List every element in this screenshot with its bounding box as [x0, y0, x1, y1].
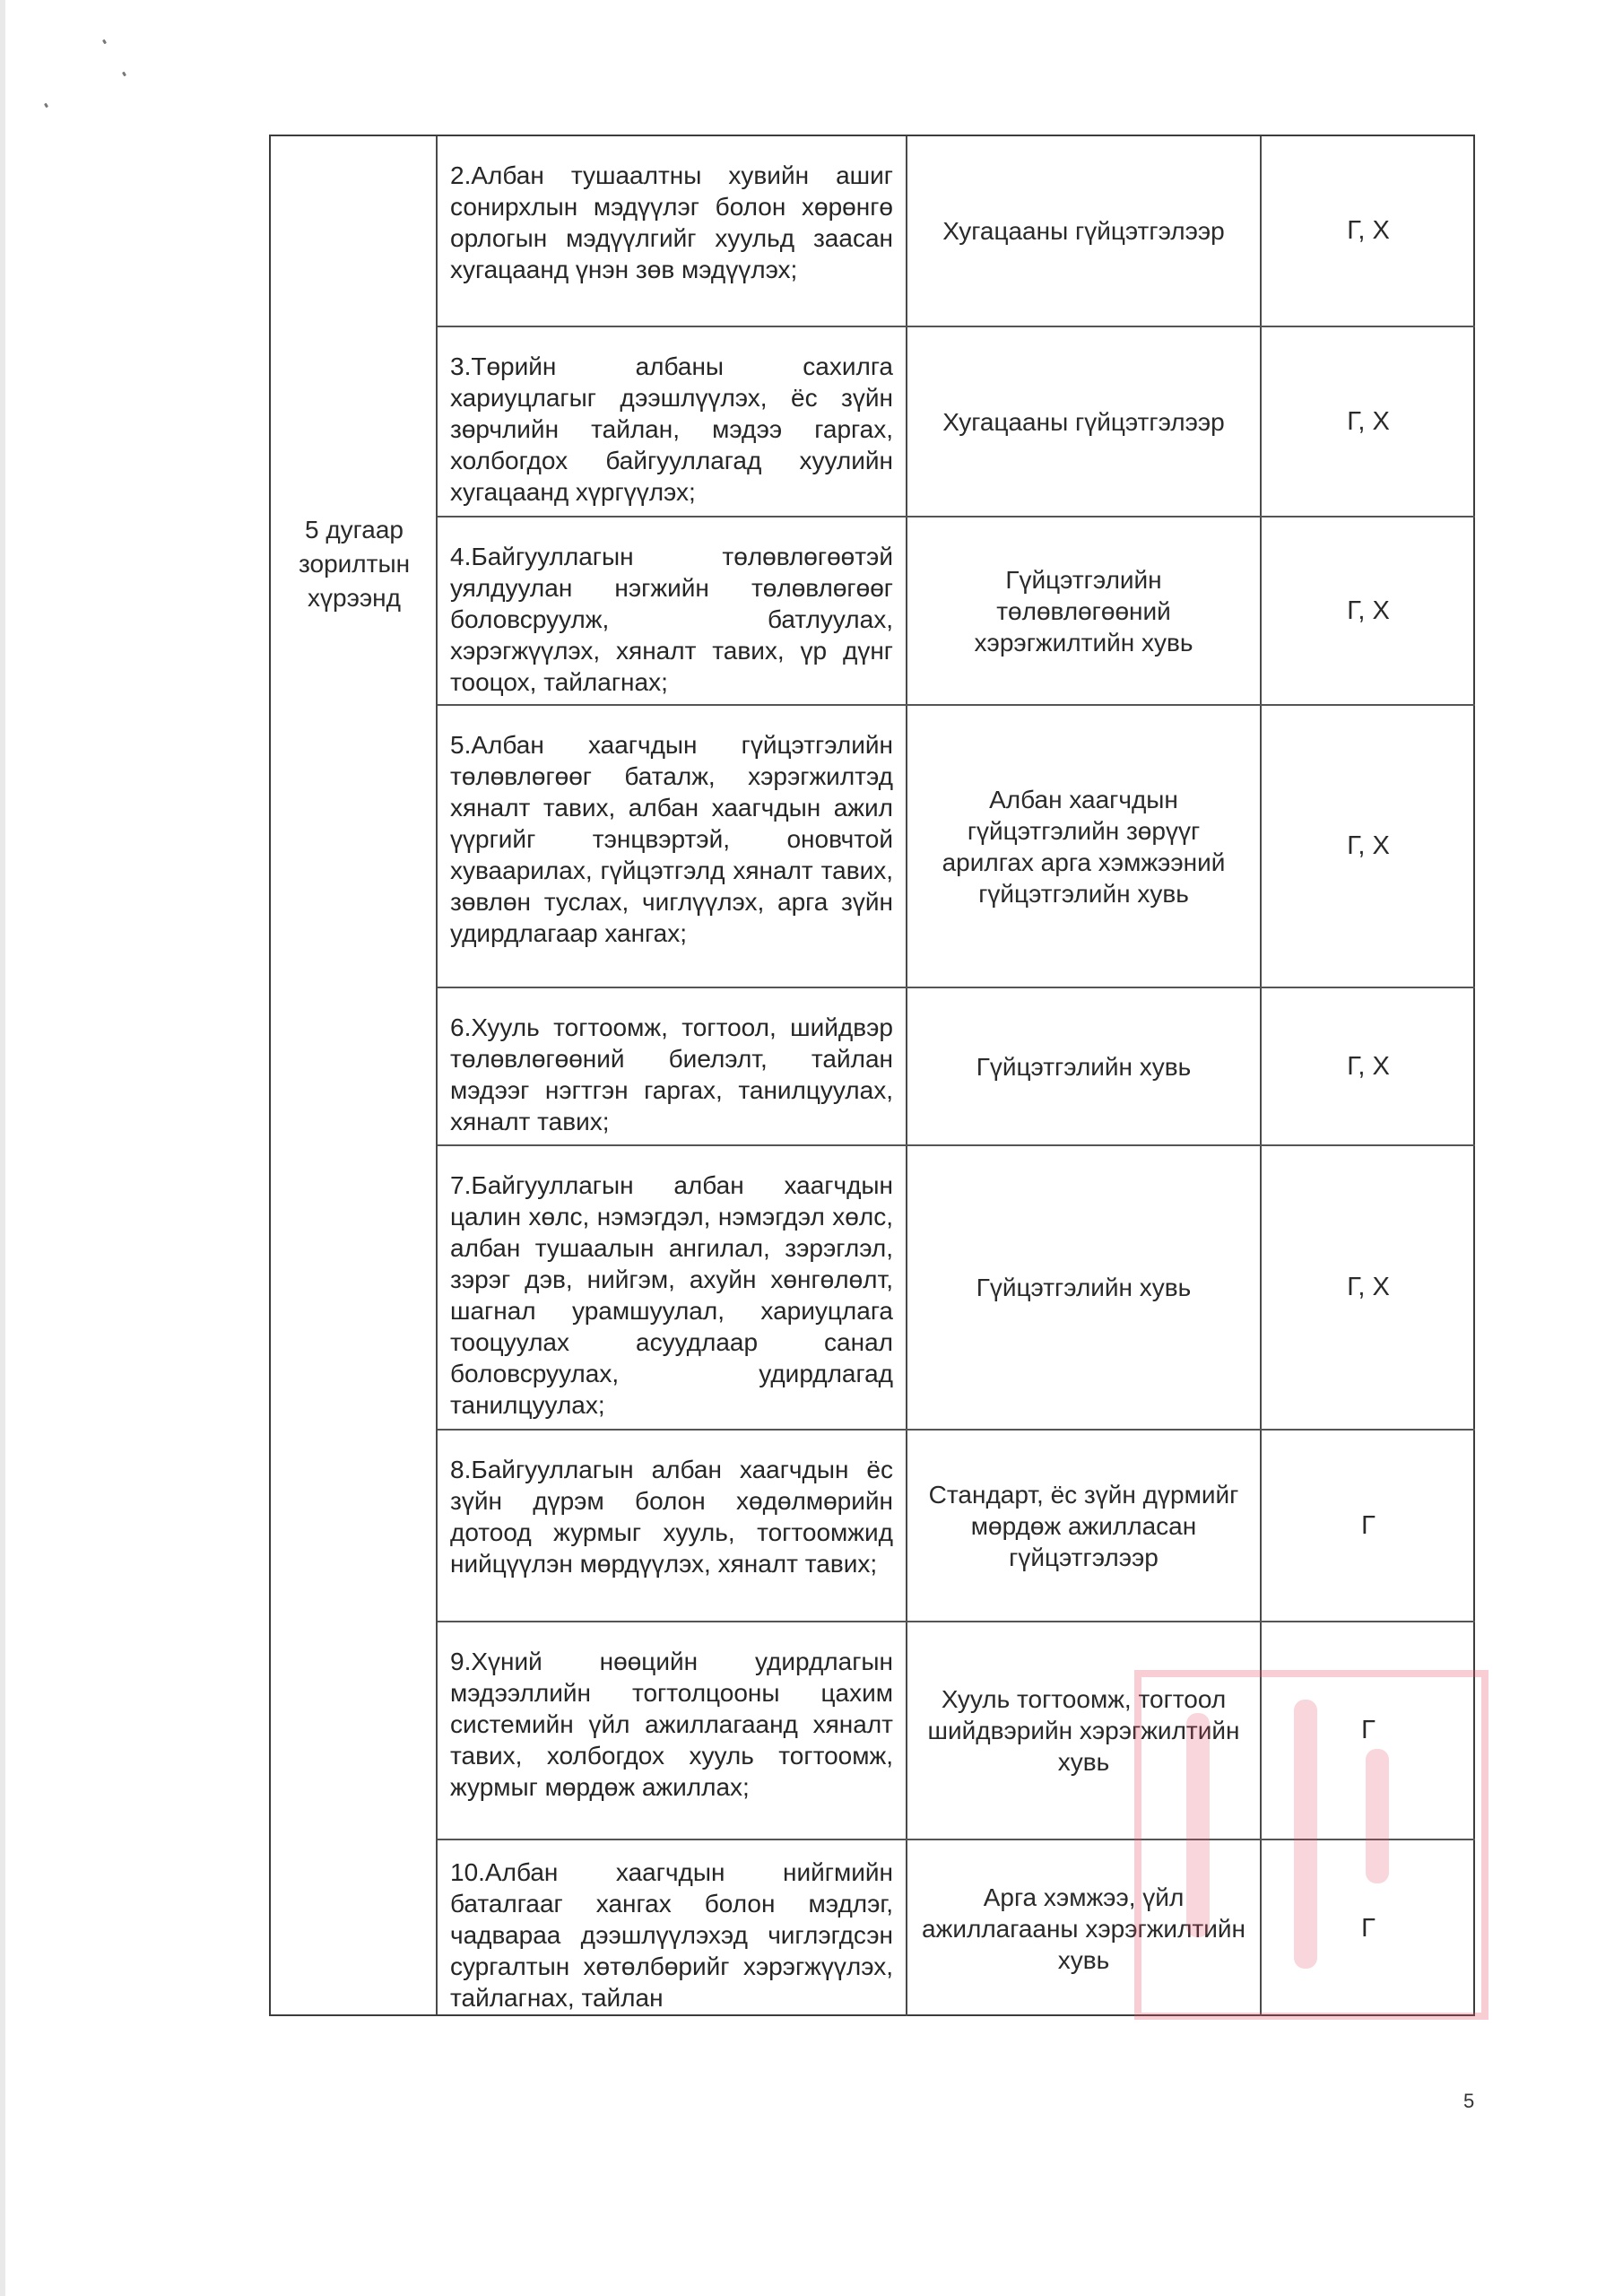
- task-text: 5.Албан хаагчдын гүйцэтгэлийн төлөвлөгөө…: [450, 729, 893, 987]
- table-row: 7.Байгууллагын албан хаагчдын цалин хөлс…: [438, 1146, 1475, 1431]
- task-text: 3.Төрийн албаны сахилга хариуцлагыг дээш…: [450, 351, 893, 516]
- table-row: 5.Албан хаагчдын гүйцэтгэлийн төлөвлөгөө…: [438, 706, 1475, 988]
- measure-text: Арга хэмжээ, үйл ажиллагааны хэрэгжилтий…: [920, 1882, 1247, 1976]
- measure-cell: Хугацааны гүйцэтгэлээр: [907, 327, 1262, 516]
- scan-edge: [0, 0, 5, 2296]
- task-text: 9.Хүний нөөцийн удирдлагын мэдээллийн то…: [450, 1646, 893, 1839]
- table-row: 4.Байгууллагын төлөвлөгөөтэй уялдуулан н…: [438, 517, 1475, 706]
- code-text: Г, Х: [1347, 407, 1390, 437]
- task-text: 8.Байгууллагын албан хаагчдын ёс зүйн дү…: [450, 1454, 893, 1621]
- task-cell: 8.Байгууллагын албан хаагчдын ёс зүйн дү…: [438, 1431, 907, 1621]
- scan-speck: [102, 39, 107, 45]
- measure-text: Гүйцэтгэлийн хувь: [976, 1272, 1192, 1303]
- code-text: Г: [1361, 1716, 1376, 1745]
- table-row: 2.Албан тушаалтны хувийн ашиг сонирхлын …: [438, 136, 1475, 327]
- measure-cell: Хугацааны гүйцэтгэлээр: [907, 136, 1262, 326]
- code-cell: Г, Х: [1262, 136, 1475, 326]
- measure-cell: Гүйцэтгэлийн хувь: [907, 1146, 1262, 1429]
- task-cell: 10.Албан хаагчдын нийгмийн баталгааг хан…: [438, 1840, 907, 2016]
- measure-text: Хугацааны гүйцэтгэлээр: [942, 215, 1225, 247]
- code-text: Г, Х: [1347, 1052, 1390, 1082]
- task-text: 2.Албан тушаалтны хувийн ашиг сонирхлын …: [450, 160, 893, 326]
- measure-text: Гүйцэтгэлийн төлөвлөгөөний хэрэгжилтийн …: [920, 564, 1247, 658]
- table-row: 3.Төрийн албаны сахилга хариуцлагыг дээш…: [438, 327, 1475, 517]
- table-row: 10.Албан хаагчдын нийгмийн баталгааг хан…: [438, 1840, 1475, 2016]
- code-cell: Г, Х: [1262, 1146, 1475, 1429]
- task-text: 10.Албан хаагчдын нийгмийн баталгааг хан…: [450, 1857, 893, 2016]
- task-text: 7.Байгууллагын албан хаагчдын цалин хөлс…: [450, 1170, 893, 1429]
- measure-text: Стандарт, ёс зүйн дүрмийг мөрдөж ажиллас…: [920, 1479, 1247, 1573]
- task-cell: 2.Албан тушаалтны хувийн ашиг сонирхлын …: [438, 136, 907, 326]
- measure-text: Хууль тогтоомж, тогтоол шийдвэрийн хэрэг…: [920, 1683, 1247, 1778]
- measure-cell: Стандарт, ёс зүйн дүрмийг мөрдөж ажиллас…: [907, 1431, 1262, 1621]
- task-cell: 6.Хууль тогтоомж, тогтоол, шийдвэр төлөв…: [438, 988, 907, 1144]
- measure-cell: Гүйцэтгэлийн төлөвлөгөөний хэрэгжилтийн …: [907, 517, 1262, 704]
- code-text: Г, Х: [1347, 831, 1390, 861]
- measure-text: Албан хаагчдын гүйцэтгэлийн зөрүүг арилг…: [920, 784, 1247, 909]
- task-cell: 9.Хүний нөөцийн удирдлагын мэдээллийн то…: [438, 1622, 907, 1839]
- code-text: Г: [1361, 1511, 1376, 1541]
- page-number: 5: [1463, 2090, 1474, 2113]
- code-cell: Г, Х: [1262, 706, 1475, 987]
- code-text: Г, Х: [1347, 216, 1390, 246]
- code-cell: Г: [1262, 1622, 1475, 1839]
- task-cell: 7.Байгууллагын албан хаагчдын цалин хөлс…: [438, 1146, 907, 1429]
- table-row: 9.Хүний нөөцийн удирдлагын мэдээллийн то…: [438, 1622, 1475, 1840]
- goal-column: 5 дугаар зорилтын хүрээнд: [271, 136, 438, 2014]
- table-row: 8.Байгууллагын албан хаагчдын ёс зүйн дү…: [438, 1431, 1475, 1622]
- scan-speck: [44, 103, 48, 109]
- task-cell: 4.Байгууллагын төлөвлөгөөтэй уялдуулан н…: [438, 517, 907, 704]
- code-cell: Г: [1262, 1431, 1475, 1621]
- measure-cell: Албан хаагчдын гүйцэтгэлийн зөрүүг арилг…: [907, 706, 1262, 987]
- task-text: 4.Байгууллагын төлөвлөгөөтэй уялдуулан н…: [450, 541, 893, 704]
- scan-speck: [122, 72, 126, 77]
- code-cell: Г, Х: [1262, 988, 1475, 1144]
- measure-cell: Арга хэмжээ, үйл ажиллагааны хэрэгжилтий…: [907, 1840, 1262, 2016]
- code-cell: Г, Х: [1262, 327, 1475, 516]
- measure-text: Хугацааны гүйцэтгэлээр: [942, 406, 1225, 438]
- responsibilities-table: 5 дугаар зорилтын хүрээнд 2.Албан тушаал…: [269, 135, 1475, 2016]
- measure-text: Гүйцэтгэлийн хувь: [976, 1051, 1192, 1083]
- goal-label: 5 дугаар зорилтын хүрээнд: [271, 513, 438, 615]
- code-text: Г, Х: [1347, 596, 1390, 626]
- code-text: Г: [1361, 1914, 1376, 1944]
- task-text: 6.Хууль тогтоомж, тогтоол, шийдвэр төлөв…: [450, 1012, 893, 1144]
- measure-cell: Гүйцэтгэлийн хувь: [907, 988, 1262, 1144]
- measure-cell: Хууль тогтоомж, тогтоол шийдвэрийн хэрэг…: [907, 1622, 1262, 1839]
- code-cell: Г: [1262, 1840, 1475, 2016]
- task-cell: 3.Төрийн албаны сахилга хариуцлагыг дээш…: [438, 327, 907, 516]
- task-cell: 5.Албан хаагчдын гүйцэтгэлийн төлөвлөгөө…: [438, 706, 907, 987]
- code-text: Г, Х: [1347, 1273, 1390, 1302]
- code-cell: Г, Х: [1262, 517, 1475, 704]
- table-row: 6.Хууль тогтоомж, тогтоол, шийдвэр төлөв…: [438, 988, 1475, 1146]
